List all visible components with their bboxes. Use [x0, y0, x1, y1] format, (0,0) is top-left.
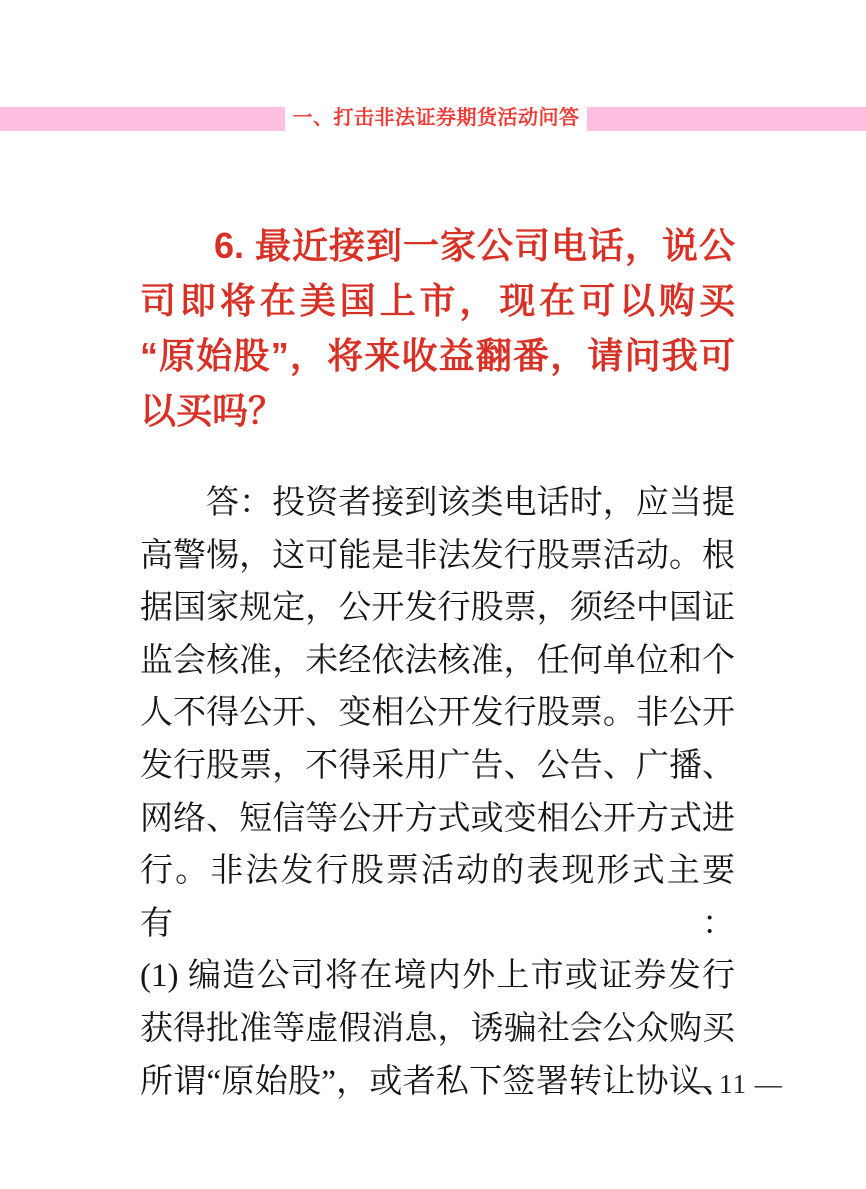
- answer-line-5: 人不得公开、变相公开发行股票。非公开: [140, 687, 735, 740]
- question-heading: 6. 最近接到一家公司电话，说公 司即将在美国上市，现在可以购买 “原始股”，将…: [140, 218, 735, 438]
- answer-line-4: 监会核准，未经依法核准，任何单位和个: [140, 635, 735, 688]
- answer-line-10: 获得批准等虚假消息，诱骗社会公众购买: [140, 1003, 735, 1056]
- page-number: — 11 —: [633, 1071, 833, 1098]
- header-bar-right: [587, 107, 866, 131]
- answer-line-1: 答：投资者接到该类电话时，应当提: [140, 477, 735, 530]
- answer-line-3: 据国家规定，公开发行股票，须经中国证: [140, 582, 735, 635]
- question-line-4: 以买吗？: [140, 383, 735, 438]
- answer-line-9: (1) 编造公司将在境内外上市或证券发行: [140, 950, 735, 1003]
- question-line-2: 司即将在美国上市，现在可以购买: [140, 273, 735, 328]
- answer-line-7: 网络、短信等公开方式或变相公开方式进: [140, 793, 735, 846]
- question-line-3: “原始股”，将来收益翻番，请问我可: [140, 328, 735, 383]
- answer-line-2: 高警惕，这可能是非法发行股票活动。根: [140, 530, 735, 583]
- question-line-1: 6. 最近接到一家公司电话，说公: [140, 218, 735, 273]
- running-header: 一、打击非法证券期货活动问答: [0, 106, 866, 131]
- running-header-title: 一、打击非法证券期货活动问答: [285, 106, 587, 131]
- answer-line-8: 行。非法发行股票活动的表现形式主要有：: [140, 845, 735, 950]
- book-page: 一、打击非法证券期货活动问答 6. 最近接到一家公司电话，说公 司即将在美国上市…: [0, 0, 866, 1189]
- answer-line-6: 发行股票，不得采用广告、公告、广播、: [140, 740, 735, 793]
- answer-paragraph: 答：投资者接到该类电话时，应当提 高警惕，这可能是非法发行股票活动。根 据国家规…: [140, 477, 735, 1108]
- header-bar-left: [0, 107, 285, 131]
